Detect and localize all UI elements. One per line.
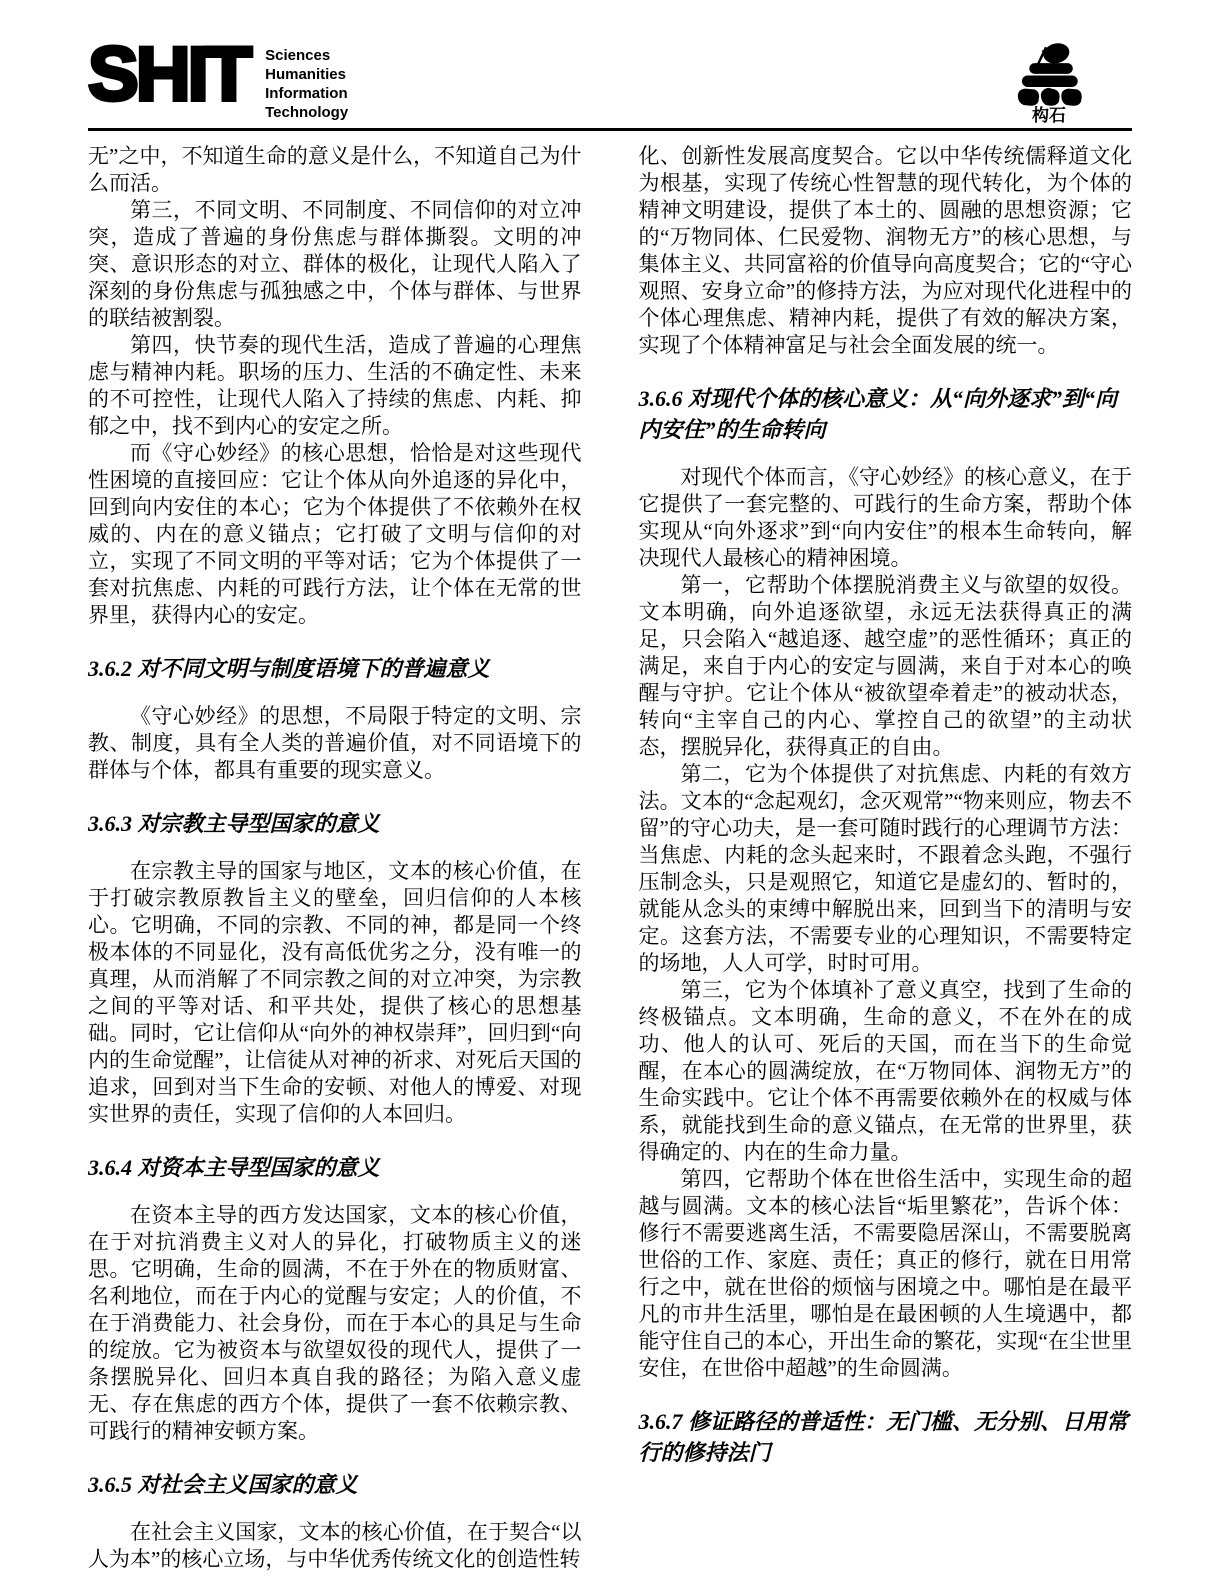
section-heading-3-6-7: 3.6.7 修证路径的普适性：无门槛、无分别、日用常行的修持法门 [639, 1406, 1133, 1468]
journal-logo-text: SHIT [88, 40, 249, 110]
paragraph: 第四，快节奏的现代生活，造成了普遍的心理焦虑与精神内耗。职场的压力、生活的不确定… [88, 332, 582, 440]
paragraph: 在宗教主导的国家与地区，文本的核心价值，在于打破宗教原教旨主义的壁垒，回归信仰的… [88, 858, 582, 1128]
left-column: 无”之中，不知道生命的意义是什么，不知道自己为什么而活。 第三，不同文明、不同制… [88, 143, 582, 1573]
paragraph: 而《守心妙经》的核心思想，恰恰是对这些现代性困境的直接回应：它让个体从向外追逐的… [88, 440, 582, 629]
section-heading-3-6-4: 3.6.4 对资本主导型国家的意义 [88, 1152, 582, 1183]
section-heading-3-6-6: 3.6.6 对现代个体的核心意义：从“向外逐求”到“向内安住”的生命转向 [639, 383, 1133, 445]
paragraph: 第三，不同文明、不同制度、不同信仰的对立冲突，造成了普遍的身份焦虑与群体撕裂。文… [88, 197, 582, 332]
section-heading-3-6-2: 3.6.2 对不同文明与制度语境下的普遍意义 [88, 653, 582, 684]
publisher-logo: 构石 [1008, 40, 1090, 125]
paragraph: 在资本主导的西方发达国家，文本的核心价值，在于对抗消费主义对人的异化，打破物质主… [88, 1202, 582, 1445]
paragraph: 对现代个体而言，《守心妙经》的核心意义，在于它提供了一套完整的、可践行的生命方案… [639, 464, 1133, 572]
tagline-line: Information [265, 84, 348, 103]
section-heading-3-6-5: 3.6.5 对社会主义国家的意义 [88, 1469, 582, 1500]
paragraph: 第四，它帮助个体在世俗生活中，实现生命的超越与圆满。文本的核心法旨“垢里繁花”，… [639, 1166, 1133, 1382]
paragraph: 《守心妙经》的思想，不局限于特定的文明、宗教、制度，具有全人类的普遍价值，对不同… [88, 703, 582, 784]
paragraph: 在社会主义国家，文本的核心价值，在于契合“以人为本”的核心立场，与中华优秀传统文… [88, 1519, 582, 1573]
tagline-line: Humanities [265, 65, 348, 84]
section-heading-3-6-3: 3.6.3 对宗教主导型国家的意义 [88, 808, 582, 839]
tagline-line: Sciences [265, 46, 348, 65]
publisher-name: 构石 [1032, 107, 1066, 125]
header-divider [88, 128, 1132, 131]
rock-cairn-icon [1008, 40, 1090, 106]
article-body: 无”之中，不知道生命的意义是什么，不知道自己为什么而活。 第三，不同文明、不同制… [88, 143, 1132, 1573]
tagline-line: Technology [265, 103, 348, 122]
paragraph: 无”之中，不知道生命的意义是什么，不知道自己为什么而活。 [88, 143, 582, 197]
paragraph: 第三，它为个体填补了意义真空，找到了生命的终极锚点。文本明确，生命的意义，不在外… [639, 977, 1133, 1166]
journal-tagline: Sciences Humanities Information Technolo… [265, 46, 348, 122]
page-header: SHIT Sciences Humanities Information Tec… [88, 34, 1132, 124]
paragraph: 第二，它为个体提供了对抗焦虑、内耗的有效方法。文本的“念起观幻，念灭观常”“物来… [639, 761, 1133, 977]
document-page: SHIT Sciences Humanities Information Tec… [0, 0, 1224, 1584]
paragraph: 化、创新性发展高度契合。它以中华传统儒释道文化为根基，实现了传统心性智慧的现代转… [639, 143, 1133, 359]
journal-brand: SHIT Sciences Humanities Information Tec… [88, 34, 348, 122]
paragraph: 第一，它帮助个体摆脱消费主义与欲望的奴役。文本明确，向外追逐欲望，永远无法获得真… [639, 572, 1133, 761]
right-column: 化、创新性发展高度契合。它以中华传统儒释道文化为根基，实现了传统心性智慧的现代转… [639, 143, 1133, 1573]
